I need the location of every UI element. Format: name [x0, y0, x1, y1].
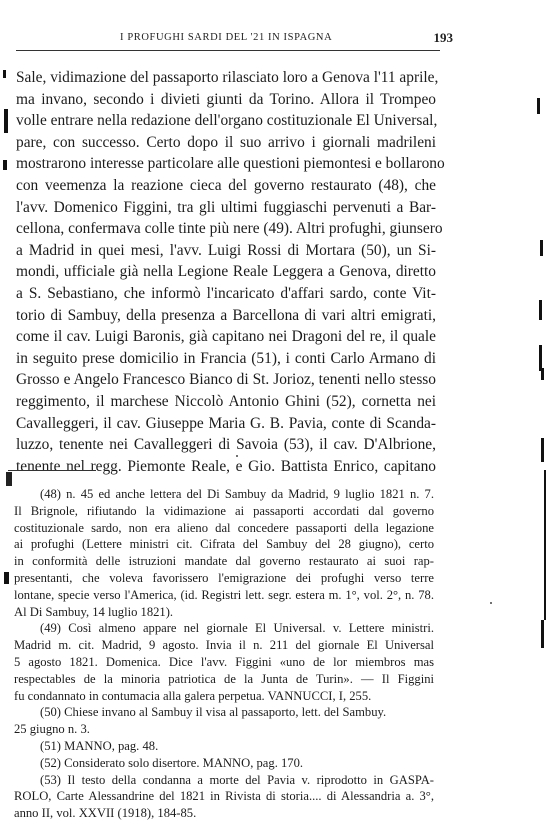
body-line: con veemenza la reazione cieca del gover… — [16, 175, 436, 197]
footnote-49-line: Madrid m. cit. Madrid, 9 agosto. Invia i… — [14, 637, 434, 654]
footnote-48-line: costituzionale sardo, non era alieno dal… — [14, 520, 434, 537]
body-line: volle entrare nella redazione dell'organ… — [16, 110, 436, 132]
body-text: Sale, vidimazione del passaporto rilasci… — [16, 67, 436, 477]
footnote-48-line: in conformità delle istruzioni mandate d… — [14, 553, 434, 570]
scan-artifact-dot — [490, 602, 492, 604]
scan-artifact-mark — [541, 620, 544, 648]
body-line: torio di Sambuy, della presenza a Barcel… — [16, 305, 436, 327]
body-line: l'avv. Domenico Figgini, tra gli ultimi … — [16, 197, 436, 219]
footnote-51-line: (51) MANNO, pag. 48. — [14, 738, 434, 755]
footnote-52-line: (52) Considerato solo disertore. MANNO, … — [14, 755, 434, 772]
scan-artifact-mark — [541, 438, 544, 462]
body-line: pare, con successo. Certo dopo il suo ar… — [16, 132, 436, 154]
scanned-book-page: I PROFUGHI SARDI DEL '21 IN ISPAGNA 193 … — [0, 0, 550, 824]
footnote-50-line: 25 giugno n. 3. — [14, 721, 434, 738]
scan-artifact-mark — [6, 472, 12, 486]
footnote-48-line: (48) n. 45 ed anche lettera del Di Sambu… — [14, 486, 434, 503]
scan-artifact-mark — [4, 109, 8, 133]
scan-artifact-mark — [541, 368, 544, 380]
scan-artifact-mark — [537, 98, 540, 114]
body-line: Grosso e Angelo Francesco Bianco di St. … — [16, 369, 436, 391]
footnote-50-line: (50) Chiese invano al Sambuy il visa al … — [14, 704, 434, 721]
body-line: Sale, vidimazione del passaporto rilasci… — [16, 67, 436, 89]
body-line: ma invano, secondo i divieti giunti da T… — [16, 89, 436, 111]
body-line: a S. Sebastiano, che informò l'incaricat… — [16, 283, 436, 305]
running-head: I PROFUGHI SARDI DEL '21 IN ISPAGNA 193 — [16, 28, 440, 51]
footnote-49-line: 5 agosto 1821. Domenica. Dice l'avv. Fig… — [14, 654, 434, 671]
page-number: 193 — [434, 30, 454, 46]
scan-artifact-dot — [236, 455, 238, 457]
footnotes: (48) n. 45 ed anche lettera del Di Sambu… — [14, 486, 434, 822]
footnote-48-line: lontane, specie verso l'America, (id. Re… — [14, 587, 434, 604]
scan-artifact-mark — [540, 240, 543, 256]
body-line: mondi, ufficiale già nella Legione Reale… — [16, 261, 436, 283]
footnote-49-line: (49) Così almeno appare nel giornale El … — [14, 620, 434, 637]
scan-artifact-mark — [4, 572, 9, 584]
footnote-53-line: anno II, vol. XXVII (1918), 184-85. — [14, 805, 434, 822]
footnote-48-line: ai profughi (Lettere ministri cit. Cifra… — [14, 536, 434, 553]
footnote-48-line: presentanti, che voleva favorissero l'em… — [14, 570, 434, 587]
footnote-53-line: ROLO, Carte Alessandrine del 1821 in Riv… — [14, 788, 434, 805]
footnote-48-line: Il Brignole, rifiutando la vidimazione a… — [14, 503, 434, 520]
footnote-48-line: Al Di Sambuy, 14 luglio 1821). — [14, 604, 434, 621]
body-line: tenente nel regg. Piemonte Reale, e Gio.… — [16, 456, 436, 478]
body-line: come il cav. Luigi Baronis, già capitano… — [16, 326, 436, 348]
scan-artifact-mark — [544, 470, 546, 620]
body-line: Cavalleggeri, il cav. Giuseppe Maria G. … — [16, 413, 436, 435]
running-title: I PROFUGHI SARDI DEL '21 IN ISPAGNA — [120, 32, 332, 43]
footnote-separator-rule — [8, 470, 96, 471]
body-line: reggimento, il marchese Niccolò Antonio … — [16, 391, 436, 413]
scan-artifact-mark — [3, 70, 6, 78]
body-line: cellona, confermava colle tinte più nere… — [16, 218, 436, 240]
scan-artifact-mark — [539, 300, 542, 320]
footnote-53-line: (53) Il testo della condanna a morte del… — [14, 772, 434, 789]
body-line: mostrarono interesse particolare alle qu… — [16, 153, 436, 175]
scan-artifact-mark — [3, 160, 7, 170]
footnote-49-line: fu condannato in contumacia alla galera … — [14, 688, 434, 705]
footnote-49-line: respectables de la minoria patriotica de… — [14, 671, 434, 688]
body-line: in seguito prese domicilio in Francia (5… — [16, 348, 436, 370]
body-line: a Madrid in quei mesi, l'avv. Luigi Ross… — [16, 240, 436, 262]
body-line: luzzo, tenente nei Cavalleggeri di Savoi… — [16, 434, 436, 456]
